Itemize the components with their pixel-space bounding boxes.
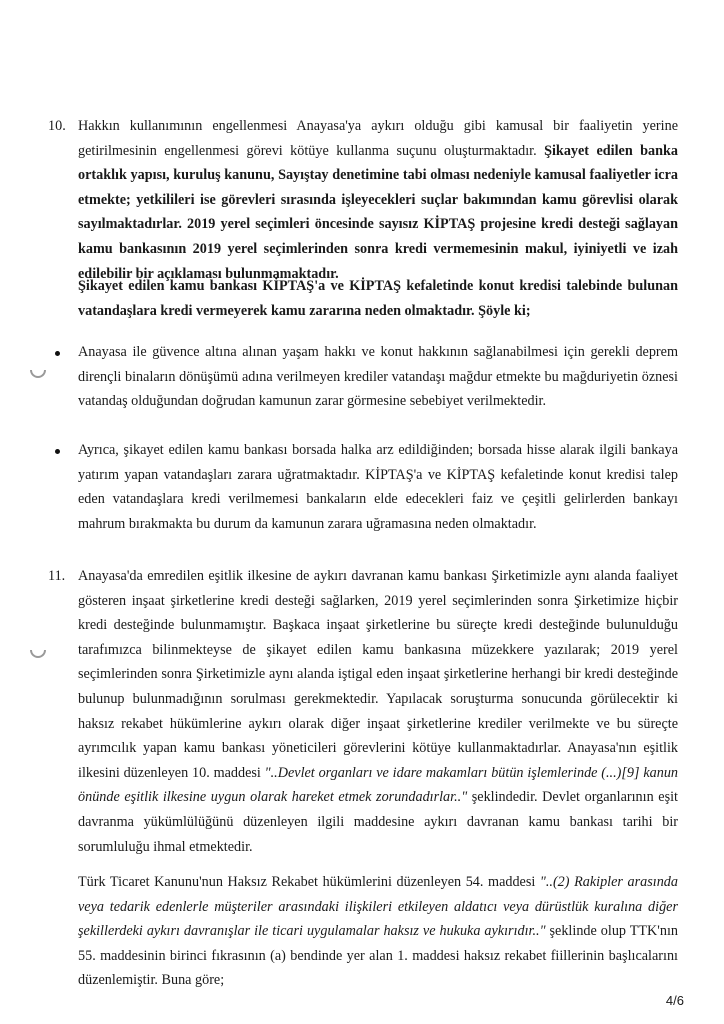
bullet-dot-icon bbox=[55, 351, 60, 356]
bullet-item-1: Anayasa ile güvence altına alınan yaşam … bbox=[78, 340, 678, 414]
item-10-paragraph: Hakkın kullanımının engellenmesi Anayasa… bbox=[78, 114, 678, 286]
ttk-text: Türk Ticaret Kanunu'nun Haksız Rekabet h… bbox=[78, 874, 540, 890]
item-10-number: 10. bbox=[48, 114, 66, 139]
item-10-bold-text: Şikayet edilen banka ortaklık yapısı, ku… bbox=[78, 143, 678, 282]
ttk-paragraph: Türk Ticaret Kanunu'nun Haksız Rekabet h… bbox=[78, 870, 678, 993]
item-11-text: Anayasa'da emredilen eşitlik ilkesine de… bbox=[78, 568, 678, 781]
page-number: 4/6 bbox=[666, 993, 684, 1008]
bullet-item-2: Ayrıca, şikayet edilen kamu bankası bors… bbox=[78, 438, 678, 536]
item-11-paragraph: Anayasa'da emredilen eşitlik ilkesine de… bbox=[78, 564, 678, 859]
item-11-number: 11. bbox=[48, 564, 65, 589]
bold-paragraph: Şikayet edilen kamu bankası KİPTAŞ'a ve … bbox=[78, 274, 678, 323]
punch-hole-mark-icon bbox=[30, 370, 46, 378]
punch-hole-mark-icon bbox=[30, 650, 46, 658]
bullet-dot-icon bbox=[55, 449, 60, 454]
document-page: 10. Hakkın kullanımının engellenmesi Ana… bbox=[0, 0, 724, 1024]
